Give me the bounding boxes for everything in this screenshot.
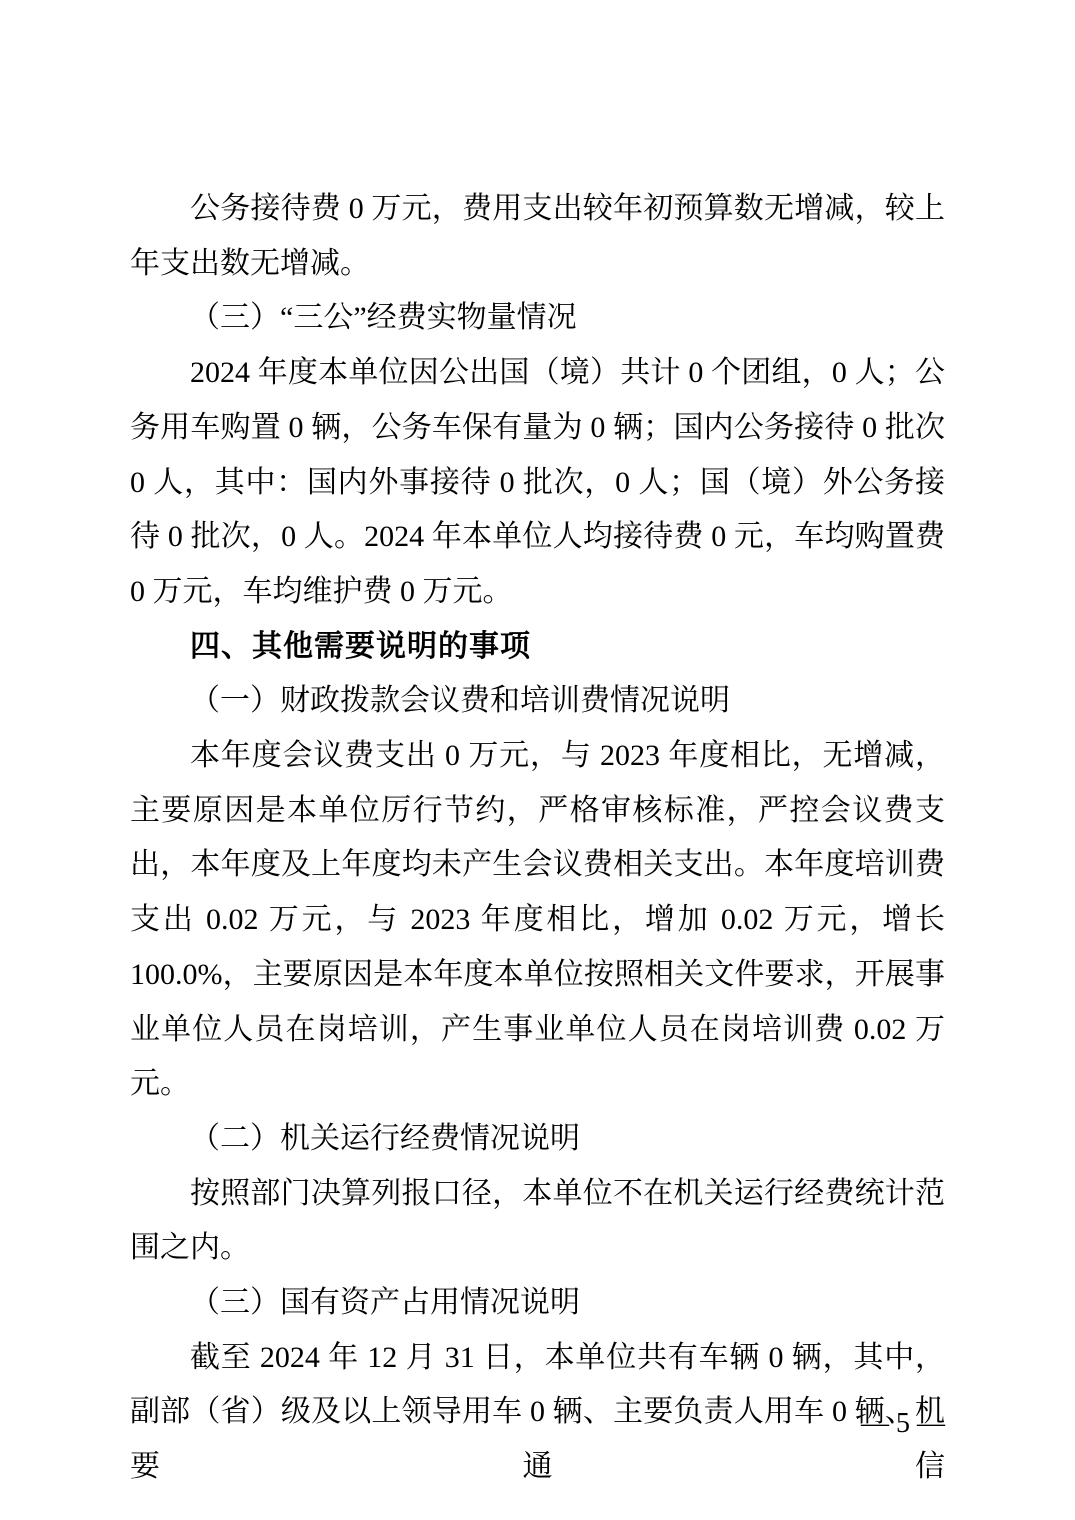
paragraph-agency-operation-detail: 按照部门决算列报口径，本单位不在机关运行经费统计范围之内。 [130, 1167, 945, 1276]
paragraph-reception-expense: 公务接待费 0 万元，费用支出较年初预算数无增减，较上年支出数无增减。 [130, 182, 945, 291]
document-page: 公务接待费 0 万元，费用支出较年初预算数无增减，较上年支出数无增减。 （三）“… [0, 0, 1075, 1520]
heading-agency-operation-expense: （二）机关运行经费情况说明 [130, 1112, 945, 1167]
heading-three-public-physical-quantity: （三）“三公”经费实物量情况 [130, 291, 945, 346]
heading-meeting-training-fees: （一）财政拨款会议费和培训费情况说明 [130, 674, 945, 729]
document-body: 公务接待费 0 万元，费用支出较年初预算数无增减，较上年支出数无增减。 （三）“… [130, 182, 945, 1495]
paragraph-physical-quantity-detail: 2024 年度本单位因公出国（境）共计 0 个团组，0 人；公务用车购置 0 辆… [130, 346, 945, 620]
paragraph-state-assets-detail: 截至 2024 年 12 月 31 日，本单位共有车辆 0 辆，其中，副部（省）… [130, 1331, 945, 1495]
page-number: — 5 — [861, 1408, 945, 1440]
heading-state-assets-occupancy: （三）国有资产占用情况说明 [130, 1276, 945, 1331]
paragraph-meeting-training-detail: 本年度会议费支出 0 万元，与 2023 年度相比，无增减，主要原因是本单位厉行… [130, 729, 945, 1112]
heading-section-four-other-matters: 四、其他需要说明的事项 [130, 620, 945, 675]
